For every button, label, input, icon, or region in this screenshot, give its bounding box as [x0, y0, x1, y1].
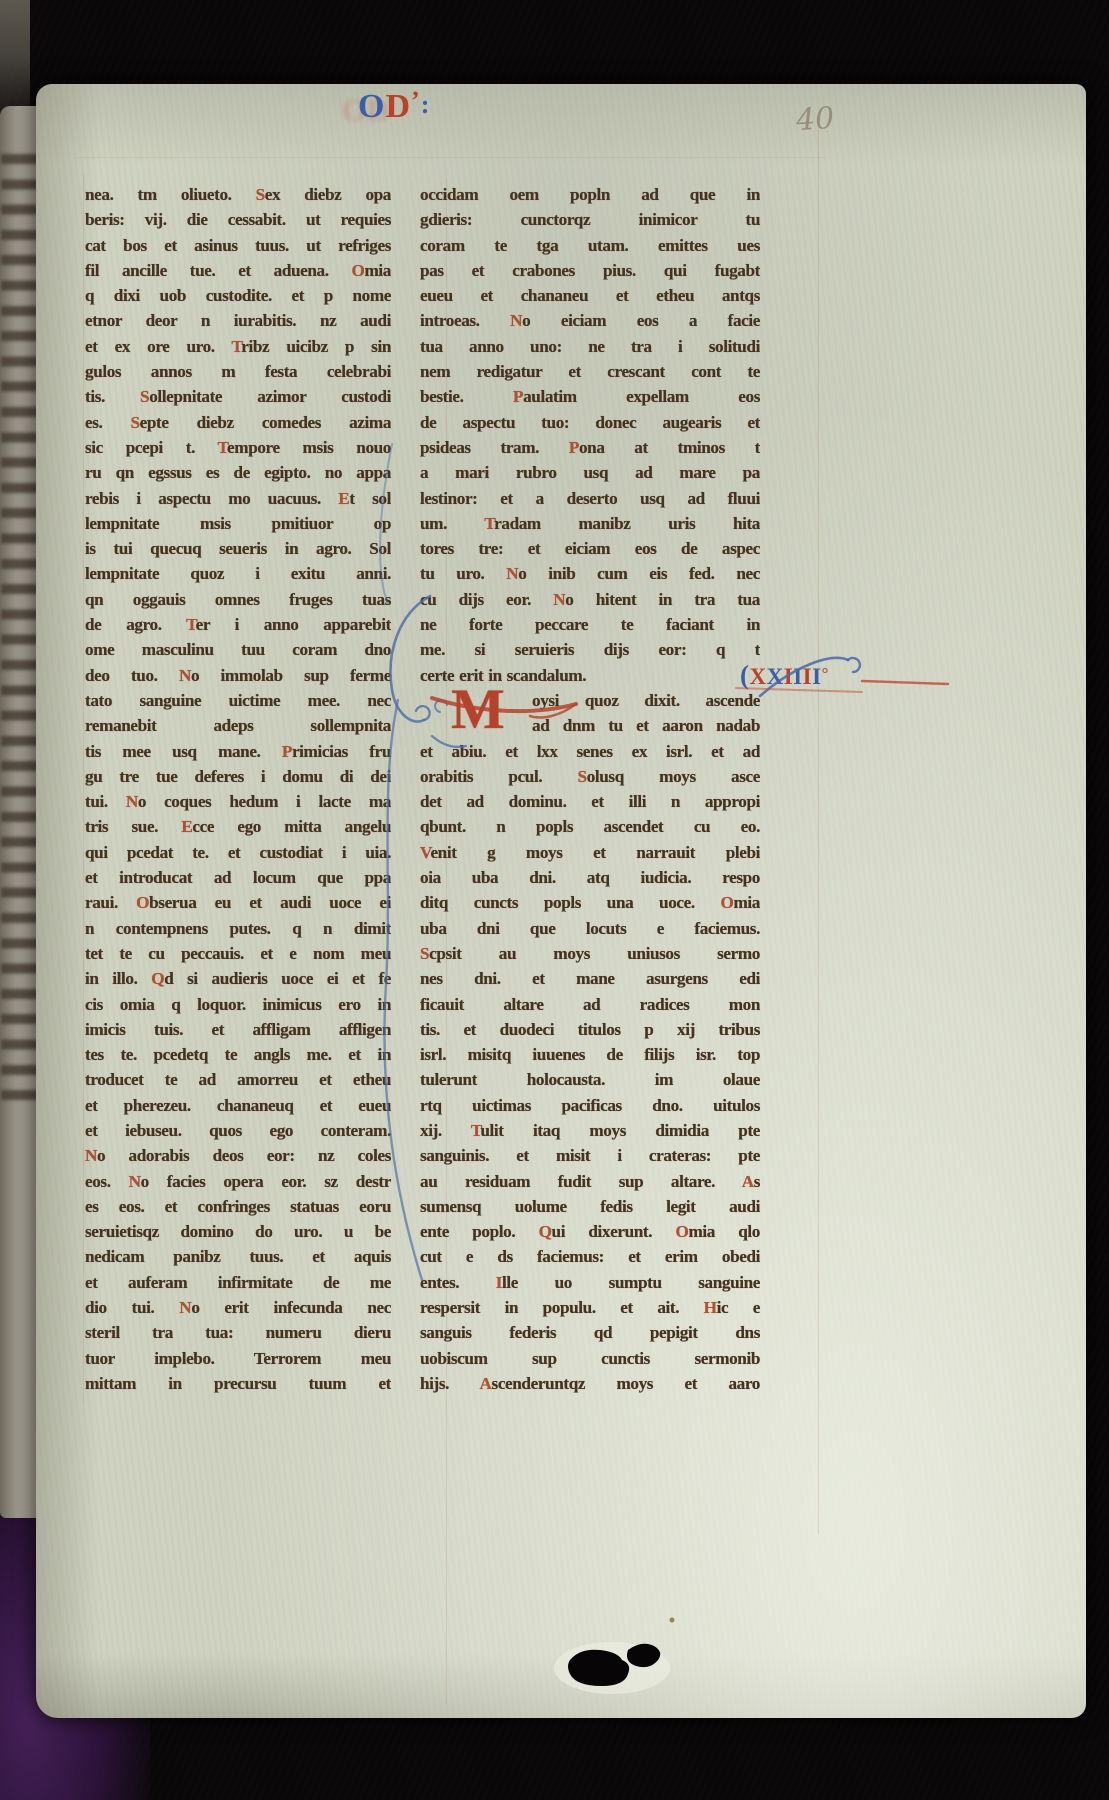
- text-line: tris sue. Ecce ego mitta angelu: [85, 814, 391, 839]
- text-line: Scpsit au moys uniusos sermo: [420, 941, 760, 966]
- text-line: ficauit altare ad radices mon: [420, 992, 760, 1017]
- numeral-letter: I: [784, 664, 793, 689]
- text-line: dio tui. No erit infecunda nec: [85, 1295, 391, 1320]
- text-line: Venit g moys et narrauit plebi: [420, 840, 760, 865]
- text-line: qui pcedat te. et custodiat i uia.: [85, 840, 391, 865]
- running-header: ODʼ:: [358, 86, 430, 126]
- text-line: cis omia q loquor. inimicus ero in: [85, 992, 391, 1017]
- text-line: steril tra tua: numeru dieru: [85, 1320, 391, 1345]
- text-line: seruietisqz domino do uro. u be: [85, 1219, 391, 1244]
- text-line: ditq cuncts popls una uoce. Omia: [420, 890, 760, 915]
- text-line: es. Septe diebz comedes azima: [85, 410, 391, 435]
- text-line: qn oggauis omnes fruges tuas: [85, 587, 391, 612]
- text-line: ne forte peccare te faciant in: [420, 612, 760, 637]
- text-line: fil ancille tue. et aduena. Omia: [85, 258, 391, 283]
- text-line: bestie. Paulatim expellam eos: [420, 384, 760, 409]
- text-line: de agro. Ter i anno apparebit: [85, 612, 391, 637]
- text-line: cat bos et asinus tuus. ut refriges: [85, 233, 391, 258]
- text-line: tores tre: et eiciam eos de aspec: [420, 536, 760, 561]
- text-line: sumensq uolume fedis legit audi: [420, 1194, 760, 1219]
- text-line: lestinor: et a deserto usq ad fluui: [420, 486, 760, 511]
- text-line: et iebuseu. quos ego conteram.: [85, 1118, 391, 1143]
- text-line: raui. Obserua eu et audi uoce ei: [85, 890, 391, 915]
- header-letter-o: O: [358, 88, 385, 125]
- text-line: deo tuo. No immolab sup ferme: [85, 663, 391, 688]
- ruling-line: [76, 157, 826, 158]
- photograph-background: { "page": { "folio_number": "40", "runni…: [0, 0, 1109, 1800]
- text-line: rebis i aspectu mo uacuus. Et sol: [85, 486, 391, 511]
- text-line: tato sanguine uictime mee. nec: [85, 688, 391, 713]
- folio-number: 40: [795, 101, 836, 139]
- text-line: hijs. Ascenderuntqz moys et aaro: [420, 1371, 760, 1396]
- text-column-right: occidam oem popln ad que ingdieris: cunc…: [420, 182, 760, 1396]
- text-line: ome masculinu tuu coram dno: [85, 637, 391, 662]
- text-line: me. si seruieris dijs eor: q t: [420, 637, 760, 662]
- text-line: cut e ds faciemus: et erim obedi: [420, 1244, 760, 1269]
- text-line: entes. Ille uo sumptu sanguine: [420, 1270, 760, 1295]
- parchment-hole: [554, 1618, 675, 1695]
- chapter-initial-m: M: [451, 684, 505, 736]
- text-line: xij. Tulit itaq moys dimidia pte: [420, 1118, 760, 1143]
- header-flourish: ʼ: [411, 86, 421, 115]
- text-line: au residuam fudit sup altare. As: [420, 1169, 760, 1194]
- text-line: imicis tuis. et affligam affligen: [85, 1017, 391, 1042]
- text-line: in illo. Qd si audieris uoce ei et fe: [85, 966, 391, 991]
- text-line: No adorabis deos eor: nz coles: [85, 1143, 391, 1168]
- text-line: sanguis federis qd pepigit dns: [420, 1320, 760, 1345]
- ruling-line: [83, 174, 84, 1404]
- text-line: eos. No facies opera eor. sz destr: [85, 1169, 391, 1194]
- text-line: isrl. misitq iuuenes de filijs isr. top: [420, 1042, 760, 1067]
- text-line: psideas tram. Pona at tminos t: [420, 435, 760, 460]
- text-line: tulerunt holocausta. im olaue: [420, 1067, 760, 1092]
- text-line: remanebit adeps sollempnita: [85, 713, 391, 738]
- text-line: et ex ore uro. Tribz uicibz p sin: [85, 334, 391, 359]
- text-line: coram te tga utam. emittes ues: [420, 233, 760, 258]
- numeral-suffix: °: [822, 664, 829, 683]
- text-line: nem redigatur et crescant cont te: [420, 359, 760, 384]
- text-line: et pherezeu. chananeuq et eueu: [85, 1093, 391, 1118]
- ruling-line: [818, 124, 819, 1534]
- text-line: ru qn egssus es de egipto. no appa: [85, 460, 391, 485]
- text-line: gdieris: cunctorqz inimicor tu: [420, 207, 760, 232]
- text-line: tu uro. No inib cum eis fed. nec: [420, 561, 760, 586]
- text-line: lempnitate msis pmitiuor op: [85, 511, 391, 536]
- text-line: tuor implebo. Terrorem meu: [85, 1346, 391, 1371]
- text-line: gu tre tue deferes i domu di dei: [85, 764, 391, 789]
- text-line: mittam in precursu tuum et: [85, 1371, 391, 1396]
- text-line: tis mee usq mane. Primicias fru: [85, 739, 391, 764]
- numeral-letter: I: [793, 664, 802, 689]
- text-line: cu dijs eor. No hitent in tra tua: [420, 587, 760, 612]
- facing-page-blurred-text: [1, 154, 38, 1106]
- text-line: es eos. et confringes statuas eoru: [85, 1194, 391, 1219]
- capitulum-mark: (: [740, 660, 750, 690]
- text-line: is tui quecuq seueris in agro. Sol: [85, 536, 391, 561]
- text-line: um. Tradam manibz uris hita: [420, 511, 760, 536]
- text-line: nea. tm oliueto. Sex diebz opa: [85, 182, 391, 207]
- text-line: oia uba dni. atq iudicia. respo: [420, 865, 760, 890]
- text-line: nes dni. et mane asurgens edi: [420, 966, 760, 991]
- header-colon: :: [421, 90, 431, 119]
- header-letter-d: D: [385, 88, 411, 125]
- numeral-letter: X: [767, 664, 784, 689]
- text-line: orabitis pcul. Solusq moys asce: [420, 764, 760, 789]
- text-line: pas et crabones pius. qui fugabt: [420, 258, 760, 283]
- text-line: gulos annos m festa celebrabi: [85, 359, 391, 384]
- text-line: qbunt. n popls ascendet cu eo.: [420, 814, 760, 839]
- text-line: nedicam panibz tuus. et aquis: [85, 1244, 391, 1269]
- text-line: rtq uictimas pacificas dno. uitulos: [420, 1093, 760, 1118]
- text-line: tui. No coques hedum i lacte ma: [85, 789, 391, 814]
- text-line: sic pcepi t. Tempore msis nouo: [85, 435, 391, 460]
- text-line: det ad dominu. et illi n appropi: [420, 789, 760, 814]
- text-line: troducet te ad amorreu et etheu: [85, 1067, 391, 1092]
- text-line: et introducat ad locum que ppa: [85, 865, 391, 890]
- numeral-letter: X: [750, 664, 767, 689]
- text-line: occidam oem popln ad que in: [420, 182, 760, 207]
- text-column-left: nea. tm oliueto. Sex diebz opaberis: vij…: [85, 182, 391, 1396]
- text-line: tua anno uno: ne tra i solitudi: [420, 334, 760, 359]
- text-line: etnor deor n iurabitis. nz audi: [85, 308, 391, 333]
- text-line: uobiscum sup cunctis sermonib: [420, 1346, 760, 1371]
- text-line: introeas. No eiciam eos a facie: [420, 308, 760, 333]
- text-line: uba dni que locuts e faciemus.: [420, 916, 760, 941]
- manuscript-page: OD ODʼ: 40 nea. tm oliueto. Sex diebz op…: [36, 84, 1086, 1718]
- numeral-letter: I: [812, 664, 821, 689]
- text-line: eueu et chananeu et etheu antqs: [420, 283, 760, 308]
- text-line: sanguinis. et misit i crateras: pte: [420, 1143, 760, 1168]
- text-line: beris: vij. die cessabit. ut requies: [85, 207, 391, 232]
- numeral-letter: I: [803, 664, 812, 689]
- text-line: tis. Sollepnitate azimor custodi: [85, 384, 391, 409]
- text-line: tis. et duodeci titulos p xij tribus: [420, 1017, 760, 1042]
- text-line: et abiu. et lxx senes ex isrl. et ad: [420, 739, 760, 764]
- text-line: de aspectu tuo: donec augearis et: [420, 410, 760, 435]
- text-line: n contempnens putes. q n dimit: [85, 916, 391, 941]
- text-line: lempnitate quoz i exitu anni.: [85, 561, 391, 586]
- text-line: ente poplo. Qui dixerunt. Omia qlo: [420, 1219, 760, 1244]
- text-line: q dixi uob custodite. et p nome: [85, 283, 391, 308]
- text-line: tet te cu peccauis. et e nom meu: [85, 941, 391, 966]
- text-line: tes te. pcedetq te angls me. et in: [85, 1042, 391, 1067]
- text-line: et auferam infirmitate de me: [85, 1270, 391, 1295]
- chapter-numeral: (XXIIII°: [740, 660, 829, 691]
- text-line: respersit in populu. et ait. Hic e: [420, 1295, 760, 1320]
- text-line: a mari rubro usq ad mare pa: [420, 460, 760, 485]
